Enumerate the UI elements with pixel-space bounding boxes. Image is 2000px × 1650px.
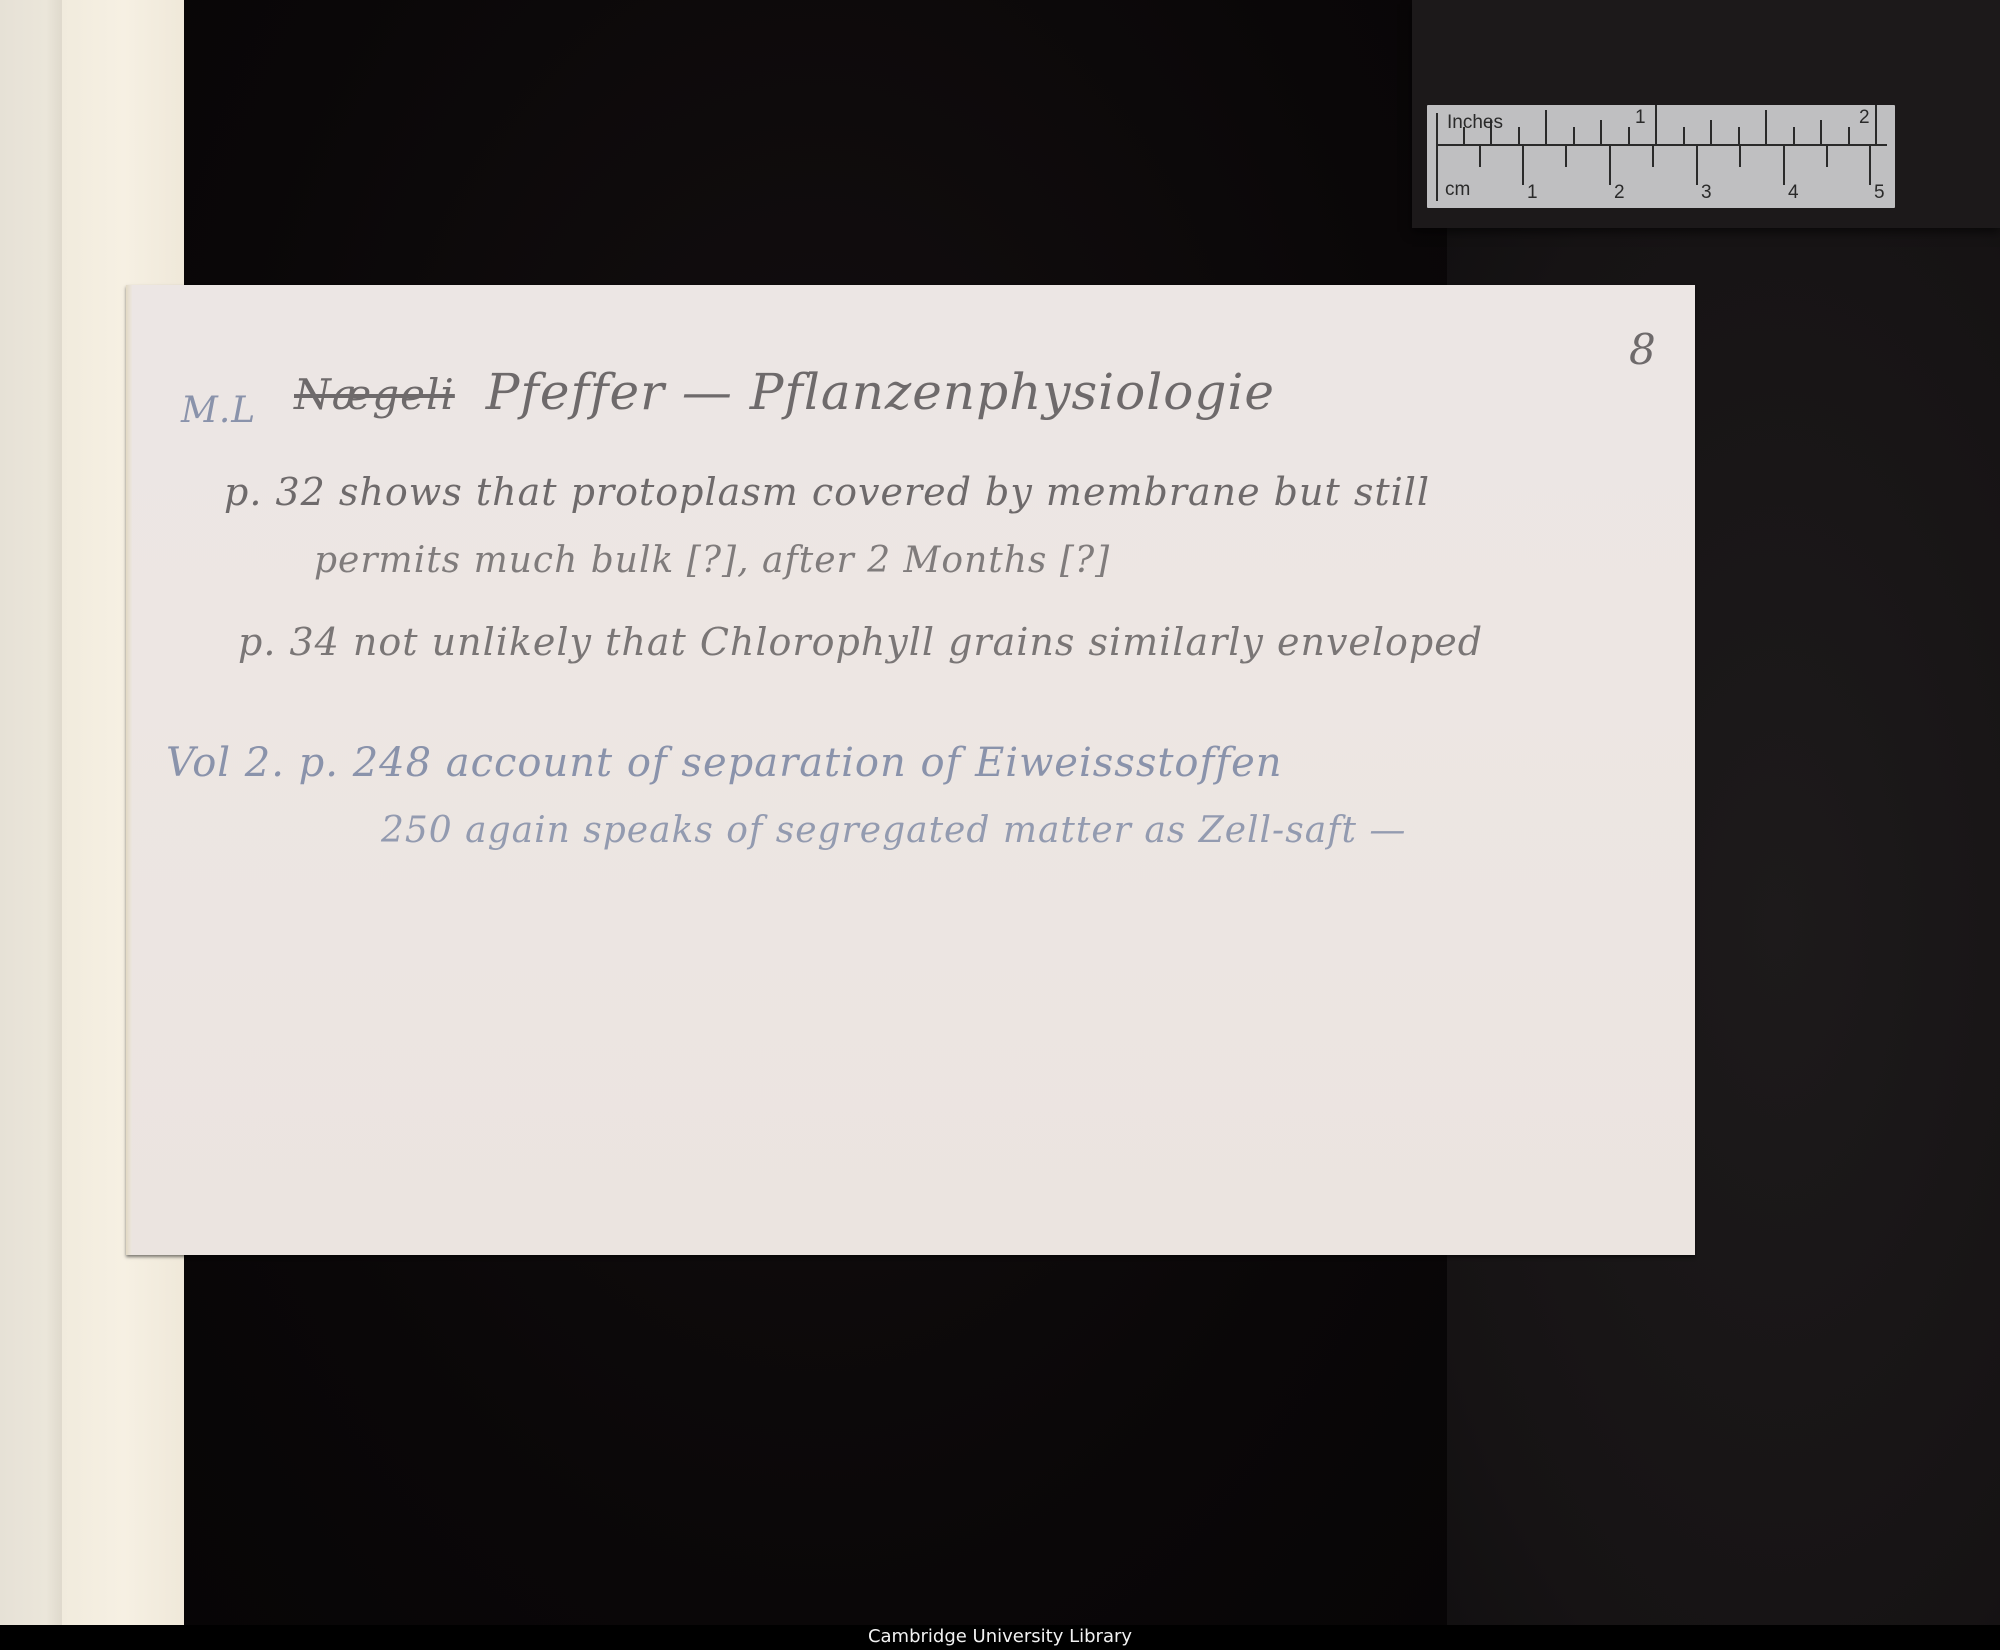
ruler-cm-mark: 4 <box>1788 183 1799 202</box>
margin-note: M.L <box>181 390 256 431</box>
ruler-inch-mark: 1 <box>1635 108 1646 127</box>
heading-title: Pfeffer — Pflanzenphysiologie <box>486 363 1275 421</box>
manuscript-card: 8 M.L Nægeli Pfeffer — Pflanzenphysiolog… <box>126 285 1695 1255</box>
ink-note-line: 250 again speaks of segregated matter as… <box>381 810 1406 851</box>
card-heading: Nægeli Pfeffer — Pflanzenphysiologie <box>294 363 1275 421</box>
ruler-inch-mark: 2 <box>1859 108 1870 127</box>
left-margin-background <box>0 0 66 1625</box>
card-left-edge <box>126 285 132 1255</box>
ruler-cm-mark: 1 <box>1527 183 1538 202</box>
note-line: p. 34 not unlikely that Chlorophyll grai… <box>238 620 1483 664</box>
ruler-cm-mark: 2 <box>1614 183 1625 202</box>
scale-ruler: Inches 1 2 cm 1 2 3 4 5 <box>1427 105 1895 208</box>
ruler-cm-mark: 3 <box>1701 183 1712 202</box>
library-caption: Cambridge University Library <box>0 1627 2000 1647</box>
ruler-cm-mark: 5 <box>1874 183 1885 202</box>
ink-note-line: Vol 2. p. 248 account of separation of E… <box>166 740 1283 786</box>
struck-word: Nægeli <box>294 370 455 419</box>
page-number: 8 <box>1629 325 1657 374</box>
ruler-cm-label: cm <box>1445 180 1470 199</box>
note-line: p. 32 shows that protoplasm covered by m… <box>224 470 1430 514</box>
ruler-inches-label: Inches <box>1447 113 1503 132</box>
note-line: permits much bulk [?], after 2 Months [?… <box>314 540 1110 581</box>
